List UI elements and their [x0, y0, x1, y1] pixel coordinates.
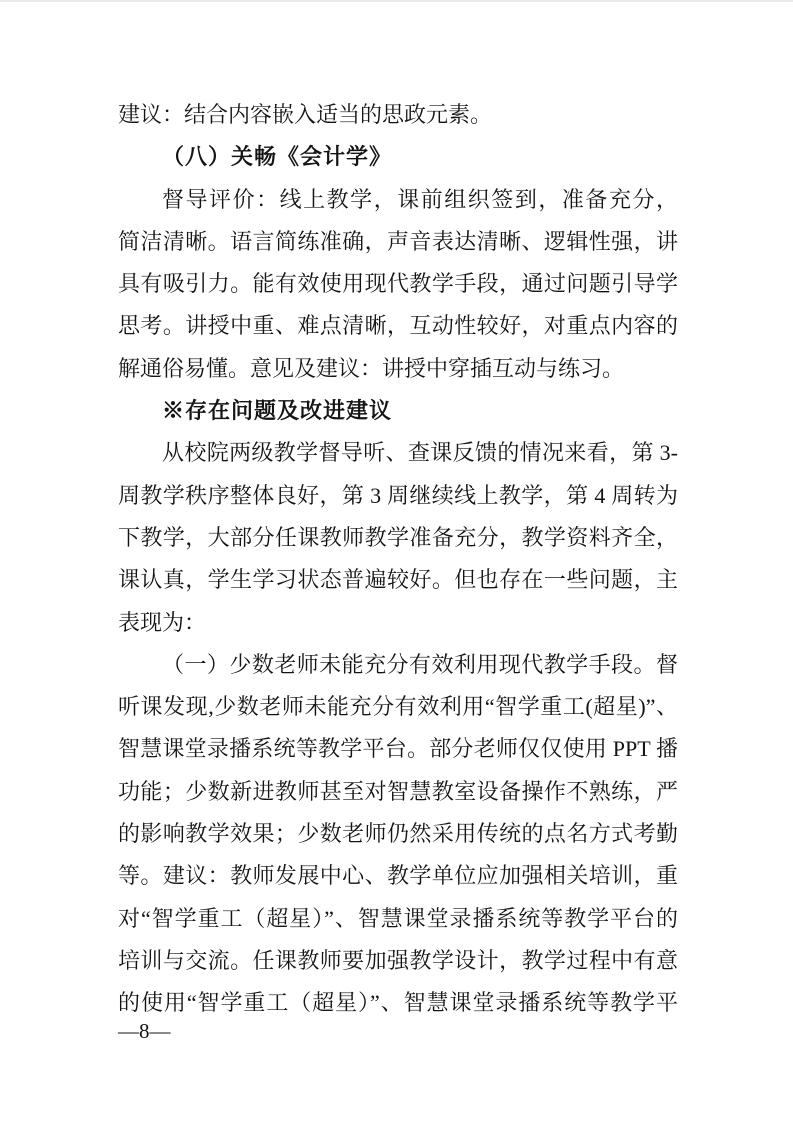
text-line: 从校院两级教学督导听、查课反馈的情况来看，第 3-4	[118, 432, 678, 474]
text-line: 对“智学重工（超星）”、智慧课堂录播系统等教学平台的	[118, 898, 678, 940]
scan-top-edge	[0, 0, 793, 2]
text-line: 督导评价：线上教学，课前组织签到，准备充分， PPT	[118, 179, 678, 221]
section-heading: ※存在问题及改进建议	[118, 390, 678, 432]
document-body: 建议：结合内容嵌入适当的思政元素。（八）关畅《会计学》督导评价：线上教学，课前组…	[118, 94, 678, 1025]
text-line: 的影响教学效果；少数老师仍然采用传统的点名方式考勤等	[118, 813, 678, 855]
page-number: —8—	[118, 1016, 171, 1046]
text-line: 等。建议：教师发展中心、教学单位应加强相关培训，重点	[118, 855, 678, 897]
text-line: 智慧课堂录播系统等教学平台。部分老师仅仅使用 PPT 播放	[118, 728, 678, 770]
text-line: 听课发现,少数老师未能充分有效利用“智学重工(超星)”、	[118, 686, 678, 728]
text-line: 课认真，学生学习状态普遍较好。但也存在一些问题，主要	[118, 559, 678, 601]
text-line: 思考。讲授中重、难点清晰，互动性较好，对重点内容的讲	[118, 305, 678, 347]
text-line: 功能；少数新进教师甚至对智慧教室设备操作不熟练，严重	[118, 771, 678, 813]
text-line: 具有吸引力。能有效使用现代教学手段，通过问题引导学生	[118, 263, 678, 305]
text-line: 表现为：	[118, 602, 678, 644]
text-line: 培训与交流。任课教师要加强教学设计，教学过程中有意识	[118, 940, 678, 982]
text-line: 建议：结合内容嵌入适当的思政元素。	[118, 94, 678, 136]
text-line: 周教学秩序整体良好，第 3 周继续线上教学，第 4 周转为线	[118, 475, 678, 517]
text-line: （一）少数老师未能充分有效利用现代教学手段。督导	[118, 644, 678, 686]
text-line: 解通俗易懂。意见及建议：讲授中穿插互动与练习。	[118, 348, 678, 390]
document-page: 建议：结合内容嵌入适当的思政元素。（八）关畅《会计学》督导评价：线上教学，课前组…	[0, 0, 793, 1122]
text-line: 下教学，大部分任课教师教学准备充分，教学资料齐全，授	[118, 517, 678, 559]
text-line: 简洁清晰。语言简练准确，声音表达清晰、逻辑性强，讲解	[118, 221, 678, 263]
text-line: 的使用“智学重工（超星）”、智慧课堂录播系统等教学平	[118, 982, 678, 1024]
section-heading: （八）关畅《会计学》	[118, 136, 678, 178]
